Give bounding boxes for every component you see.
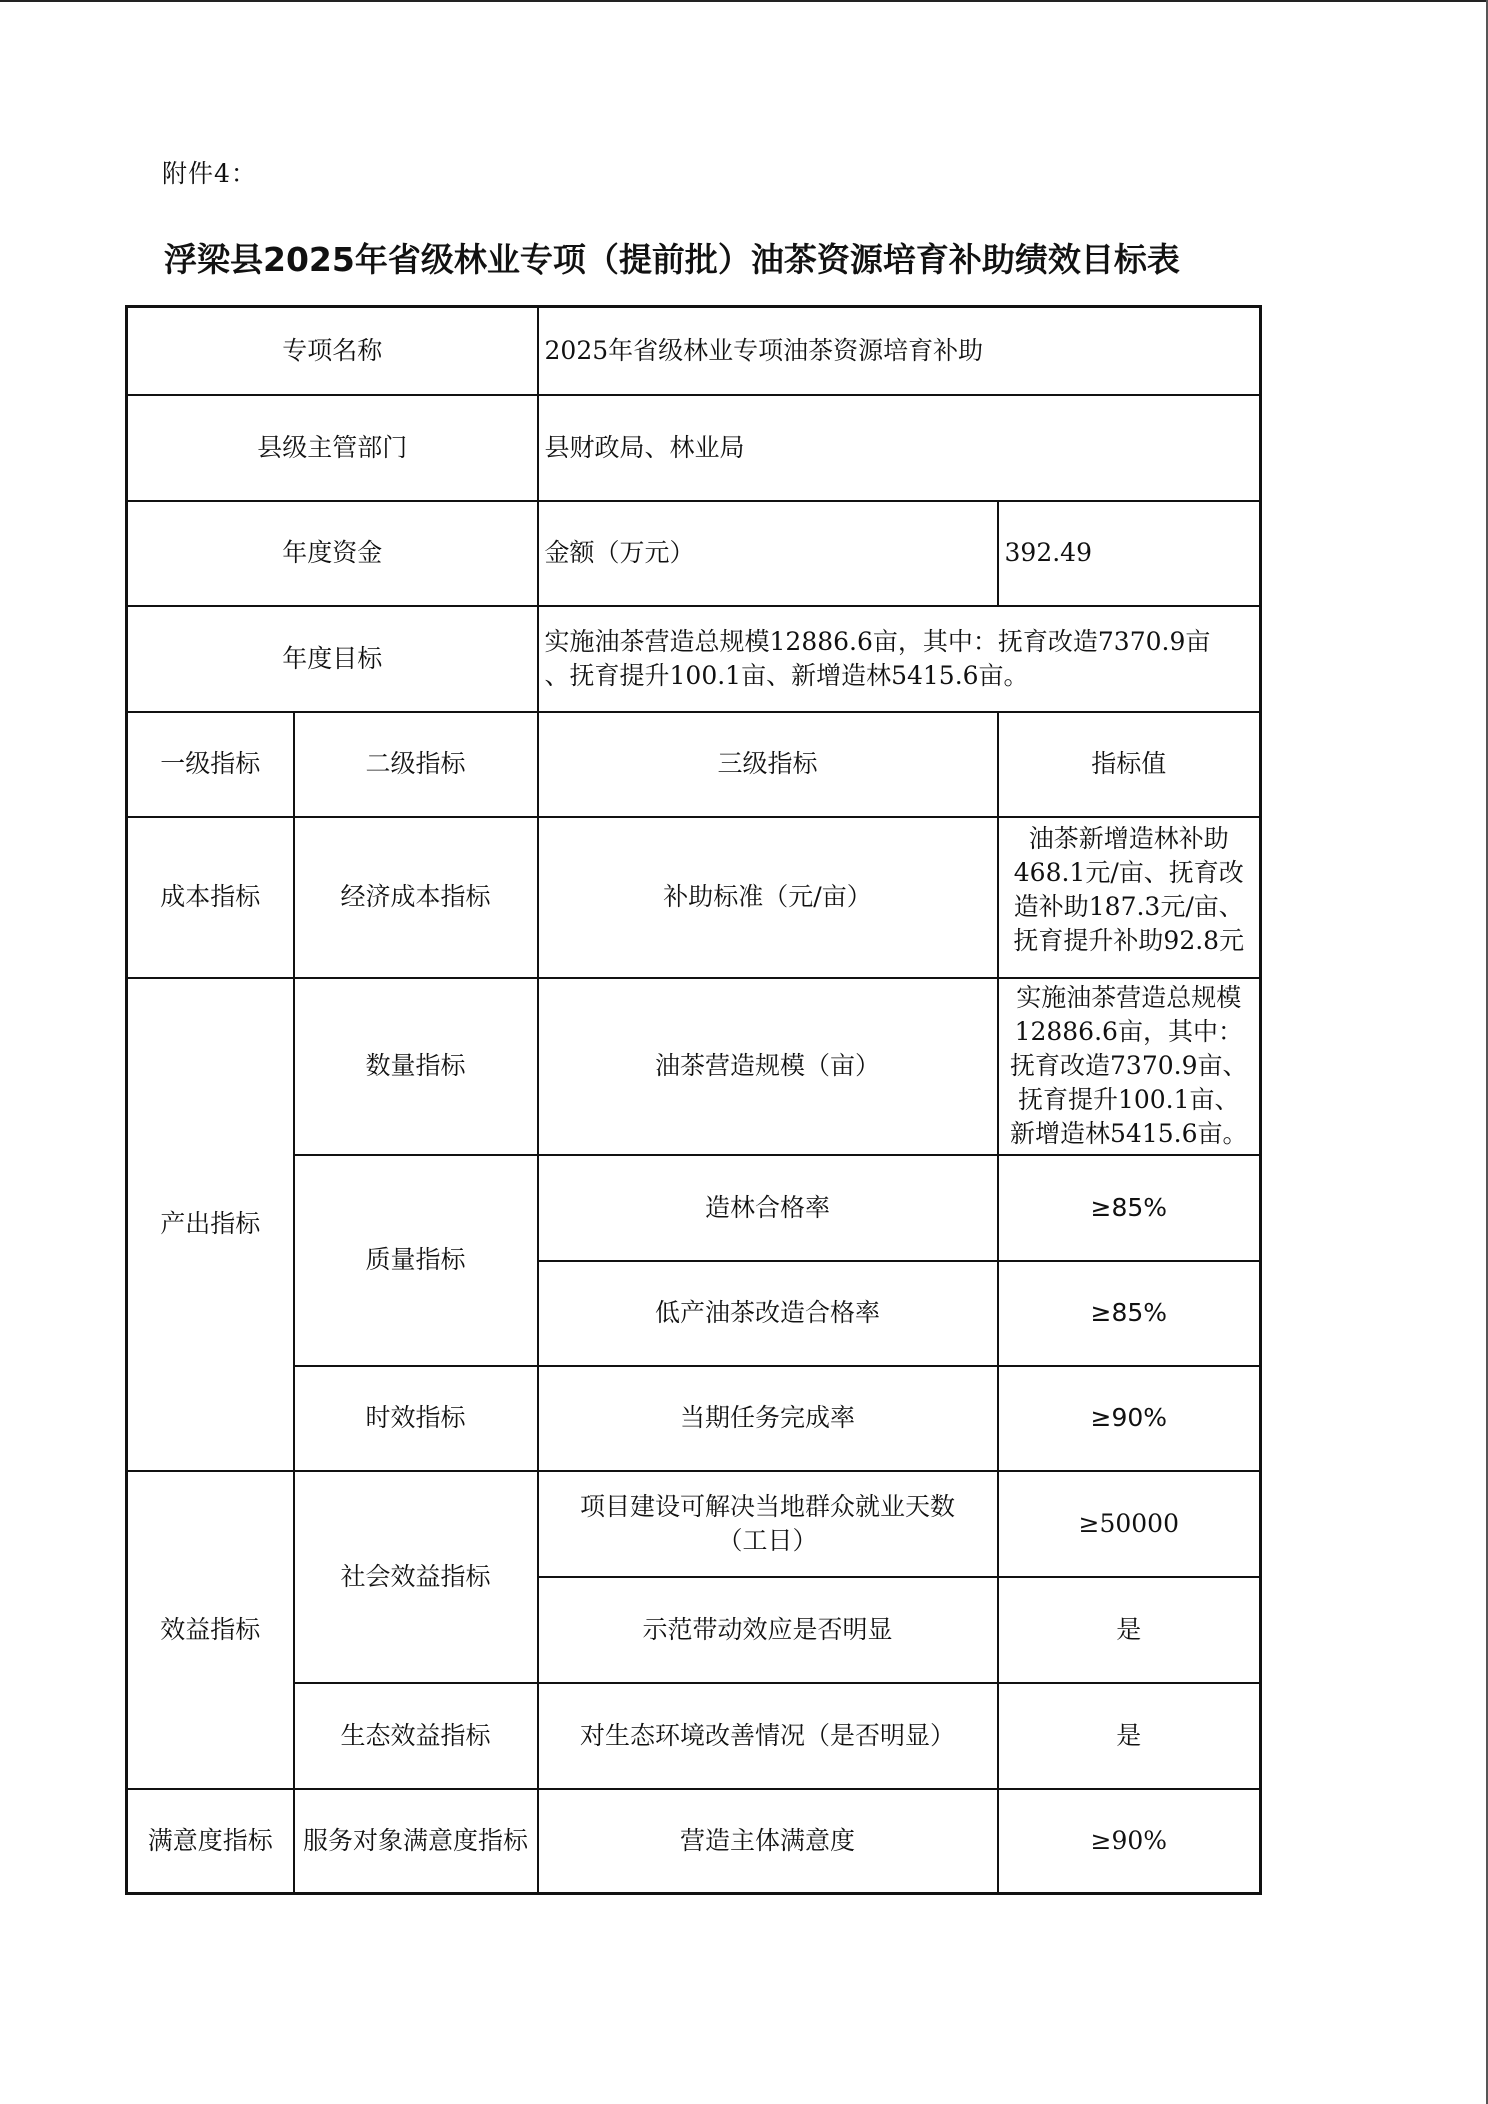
ecological-value: 是 bbox=[998, 1683, 1261, 1789]
benefit-level1: 效益指标 bbox=[127, 1471, 294, 1789]
row-benefit-ecological: 生态效益指标 对生态环境改善情况（是否明显） 是 bbox=[127, 1683, 1261, 1789]
cost-level2: 经济成本指标 bbox=[294, 817, 538, 978]
social-level3-2: 示范带动效应是否明显 bbox=[538, 1577, 998, 1683]
funds-amount-label: 金额（万元） bbox=[538, 501, 998, 606]
row-annual-funds: 年度资金 金额（万元） 392.49 bbox=[127, 501, 1261, 606]
social-level3-1: 项目建设可解决当地群众就业天数 （工日） bbox=[538, 1471, 998, 1577]
header-level2: 二级指标 bbox=[294, 712, 538, 817]
row-output-quantity: 产出指标 数量指标 油茶营造规模（亩） 实施油茶营造总规模 12886.6亩，其… bbox=[127, 978, 1261, 1155]
quality-level3-2: 低产油茶改造合格率 bbox=[538, 1261, 998, 1366]
quality-level2: 质量指标 bbox=[294, 1155, 538, 1366]
quality-level3-1: 造林合格率 bbox=[538, 1155, 998, 1261]
timeliness-level3: 当期任务完成率 bbox=[538, 1366, 998, 1471]
row-annual-goal: 年度目标 实施油茶营造总规模12886.6亩，其中：抚育改造7370.9亩 、抚… bbox=[127, 606, 1261, 712]
timeliness-value: ≥90% bbox=[998, 1366, 1261, 1471]
header-level1: 一级指标 bbox=[127, 712, 294, 817]
goal-label: 年度目标 bbox=[127, 606, 538, 712]
project-name-label: 专项名称 bbox=[127, 307, 538, 395]
social-value-1: ≥50000 bbox=[998, 1471, 1261, 1577]
page-top-edge bbox=[0, 0, 1488, 2]
ecological-level2: 生态效益指标 bbox=[294, 1683, 538, 1789]
cost-value: 油茶新增造林补助 468.1元/亩、抚育改 造补助187.3元/亩、 抚育提升补… bbox=[998, 817, 1261, 978]
output-level1: 产出指标 bbox=[127, 978, 294, 1471]
row-headers: 一级指标 二级指标 三级指标 指标值 bbox=[127, 712, 1261, 817]
department-label: 县级主管部门 bbox=[127, 395, 538, 501]
timeliness-level2: 时效指标 bbox=[294, 1366, 538, 1471]
cost-level3: 补助标准（元/亩） bbox=[538, 817, 998, 978]
satisfaction-level1: 满意度指标 bbox=[127, 1789, 294, 1894]
satisfaction-level2: 服务对象满意度指标 bbox=[294, 1789, 538, 1894]
header-level3: 三级指标 bbox=[538, 712, 998, 817]
project-name-value: 2025年省级林业专项油茶资源培育补助 bbox=[538, 307, 1261, 395]
satisfaction-level3: 营造主体满意度 bbox=[538, 1789, 998, 1894]
ecological-level3: 对生态环境改善情况（是否明显） bbox=[538, 1683, 998, 1789]
row-department: 县级主管部门 县财政局、林业局 bbox=[127, 395, 1261, 501]
goal-value: 实施油茶营造总规模12886.6亩，其中：抚育改造7370.9亩 、抚育提升10… bbox=[538, 606, 1261, 712]
attachment-label: 附件4： bbox=[162, 154, 257, 190]
row-cost-indicator: 成本指标 经济成本指标 补助标准（元/亩） 油茶新增造林补助 468.1元/亩、… bbox=[127, 817, 1261, 978]
quality-value-1: ≥85% bbox=[998, 1155, 1261, 1261]
quality-value-2: ≥85% bbox=[998, 1261, 1261, 1366]
satisfaction-value: ≥90% bbox=[998, 1789, 1261, 1894]
header-value: 指标值 bbox=[998, 712, 1261, 817]
quantity-level2: 数量指标 bbox=[294, 978, 538, 1155]
row-satisfaction: 满意度指标 服务对象满意度指标 营造主体满意度 ≥90% bbox=[127, 1789, 1261, 1894]
funds-amount-value: 392.49 bbox=[998, 501, 1261, 606]
department-value: 县财政局、林业局 bbox=[538, 395, 1261, 501]
row-output-quality-1: 质量指标 造林合格率 ≥85% bbox=[127, 1155, 1261, 1261]
cost-level1: 成本指标 bbox=[127, 817, 294, 978]
row-project-name: 专项名称 2025年省级林业专项油茶资源培育补助 bbox=[127, 307, 1261, 395]
quantity-level3: 油茶营造规模（亩） bbox=[538, 978, 998, 1155]
social-level2: 社会效益指标 bbox=[294, 1471, 538, 1683]
row-benefit-social-1: 效益指标 社会效益指标 项目建设可解决当地群众就业天数 （工日） ≥50000 bbox=[127, 1471, 1261, 1577]
row-output-timeliness: 时效指标 当期任务完成率 ≥90% bbox=[127, 1366, 1261, 1471]
performance-target-table: 专项名称 2025年省级林业专项油茶资源培育补助 县级主管部门 县财政局、林业局… bbox=[125, 305, 1262, 1895]
social-value-2: 是 bbox=[998, 1577, 1261, 1683]
funds-label: 年度资金 bbox=[127, 501, 538, 606]
quantity-value: 实施油茶营造总规模 12886.6亩，其中： 抚育改造7370.9亩、 抚育提升… bbox=[998, 978, 1261, 1155]
page-title: 浮梁县2025年省级林业专项（提前批）油茶资源培育补助绩效目标表 bbox=[164, 234, 1180, 281]
